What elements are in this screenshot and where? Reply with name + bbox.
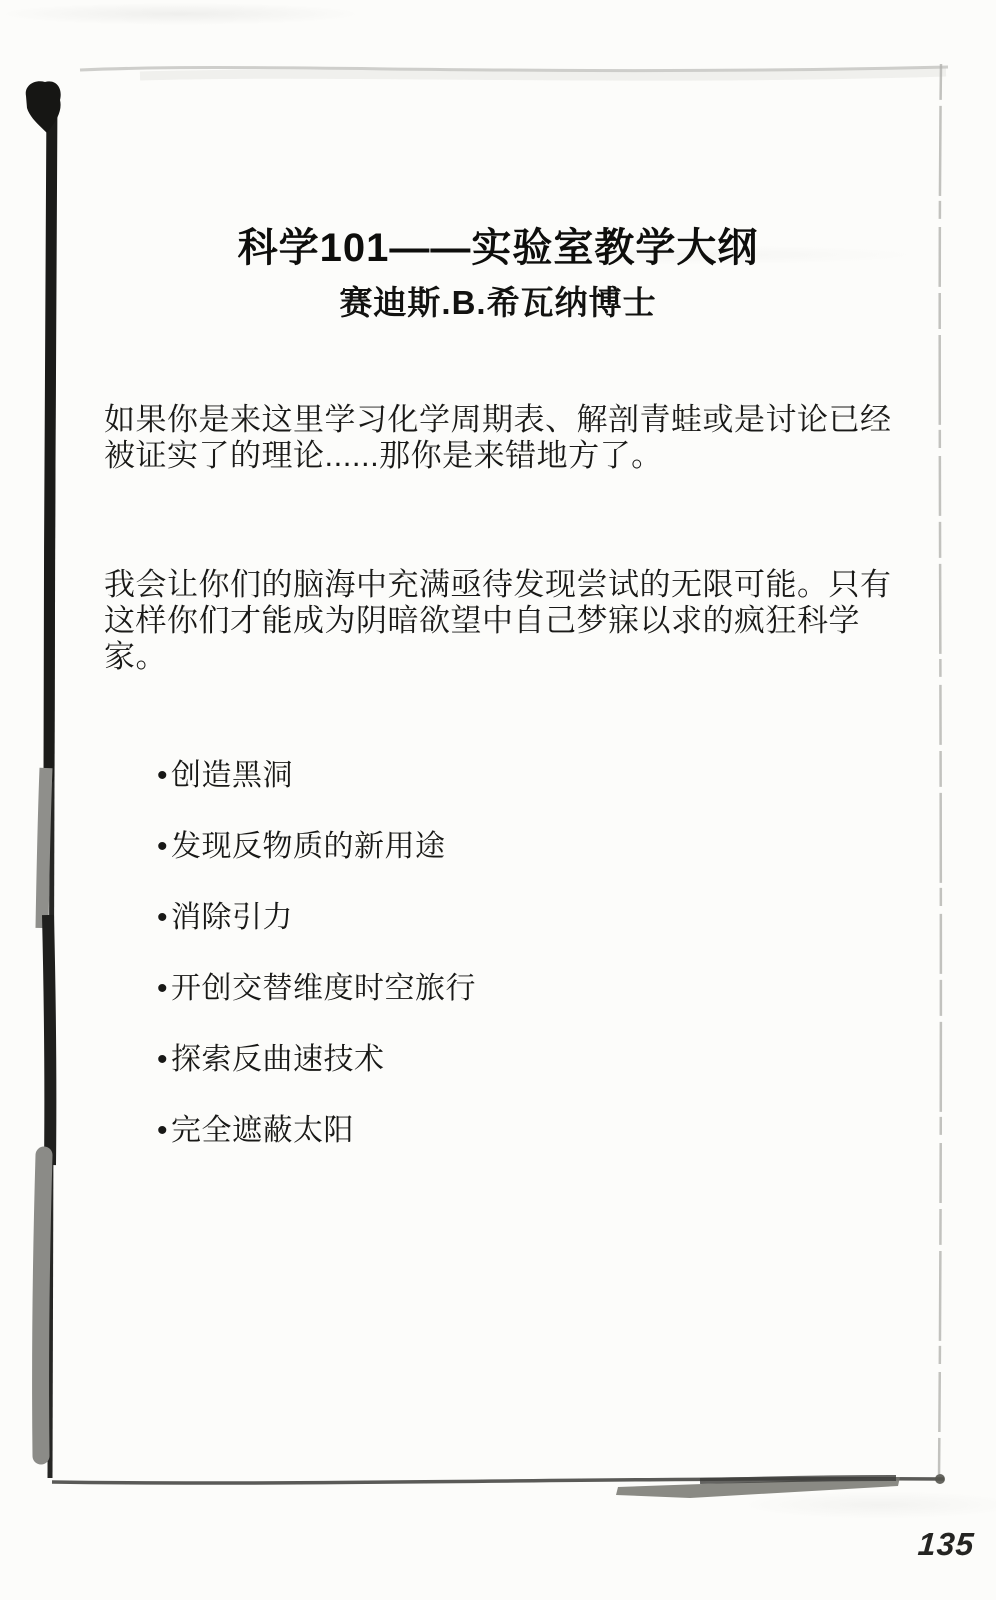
paragraph-line: 这样你们才能成为阴暗欲望中自己梦寐以求的疯狂科学家。	[104, 603, 914, 675]
syllabus-goal-list: •创造黑洞 •发现反物质的新用途 •消除引力 •开创交替维度时空旅行 •探索反曲…	[157, 750, 476, 1176]
list-item: •完全遮蔽太阳	[157, 1105, 476, 1176]
paragraph-line: 如果你是来这里学习化学周期表、解剖青蛙或是讨论已经	[104, 402, 914, 438]
goal-text: 发现反物质的新用途	[171, 830, 446, 863]
panel-border-top-smudge	[140, 72, 946, 76]
page-title: 科学101——实验室教学大纲	[0, 216, 996, 273]
paragraph-line: 我会让你们的脑海中充满亟待发现尝试的无限可能。只有	[104, 567, 914, 603]
panel-border-left-top-blob	[26, 81, 61, 133]
goal-text: 开创交替维度时空旅行	[171, 972, 476, 1005]
list-item: •发现反物质的新用途	[157, 821, 476, 892]
panel-border-corner-blob	[935, 1474, 945, 1484]
goal-text: 创造黑洞	[171, 759, 293, 792]
author-byline: 赛迪斯.B.希瓦纳博士	[0, 277, 996, 324]
goal-text: 完全遮蔽太阳	[171, 1114, 354, 1147]
goal-text: 探索反曲速技术	[171, 1043, 385, 1076]
bullet-marker: •	[157, 1043, 168, 1076]
bullet-marker: •	[157, 1114, 168, 1147]
intro-paragraph: 如果你是来这里学习化学周期表、解剖青蛙或是讨论已经 被证实了的理论......那…	[104, 402, 914, 474]
bullet-marker: •	[157, 759, 168, 792]
panel-border-top-line	[80, 67, 948, 71]
panel-border-bottom-dark-segment	[700, 1478, 896, 1481]
list-item: •消除引力	[157, 892, 476, 963]
bullet-marker: •	[157, 830, 168, 863]
panel-border-left-gray-low	[41, 1155, 44, 1456]
list-item: •创造黑洞	[157, 750, 476, 821]
panel-border-bottom-line	[52, 1479, 944, 1483]
goal-text: 消除引力	[171, 901, 293, 934]
promise-paragraph: 我会让你们的脑海中充满亟待发现尝试的无限可能。只有 这样你们才能成为阴暗欲望中自…	[104, 567, 914, 675]
bullet-marker: •	[157, 972, 168, 1005]
panel-border-left-ink-mid	[48, 915, 50, 1165]
panel-border-left-ink-top	[49, 95, 52, 778]
panel-border-left-gray-mid	[42, 768, 46, 928]
bullet-marker: •	[157, 901, 168, 934]
list-item: •开创交替维度时空旅行	[157, 963, 476, 1034]
list-item: •探索反曲速技术	[157, 1034, 476, 1105]
page-number: 135	[917, 1526, 976, 1563]
paragraph-line: 被证实了的理论......那你是来错地方了。	[104, 438, 914, 474]
panel-border-bottom-wedge	[616, 1477, 900, 1498]
